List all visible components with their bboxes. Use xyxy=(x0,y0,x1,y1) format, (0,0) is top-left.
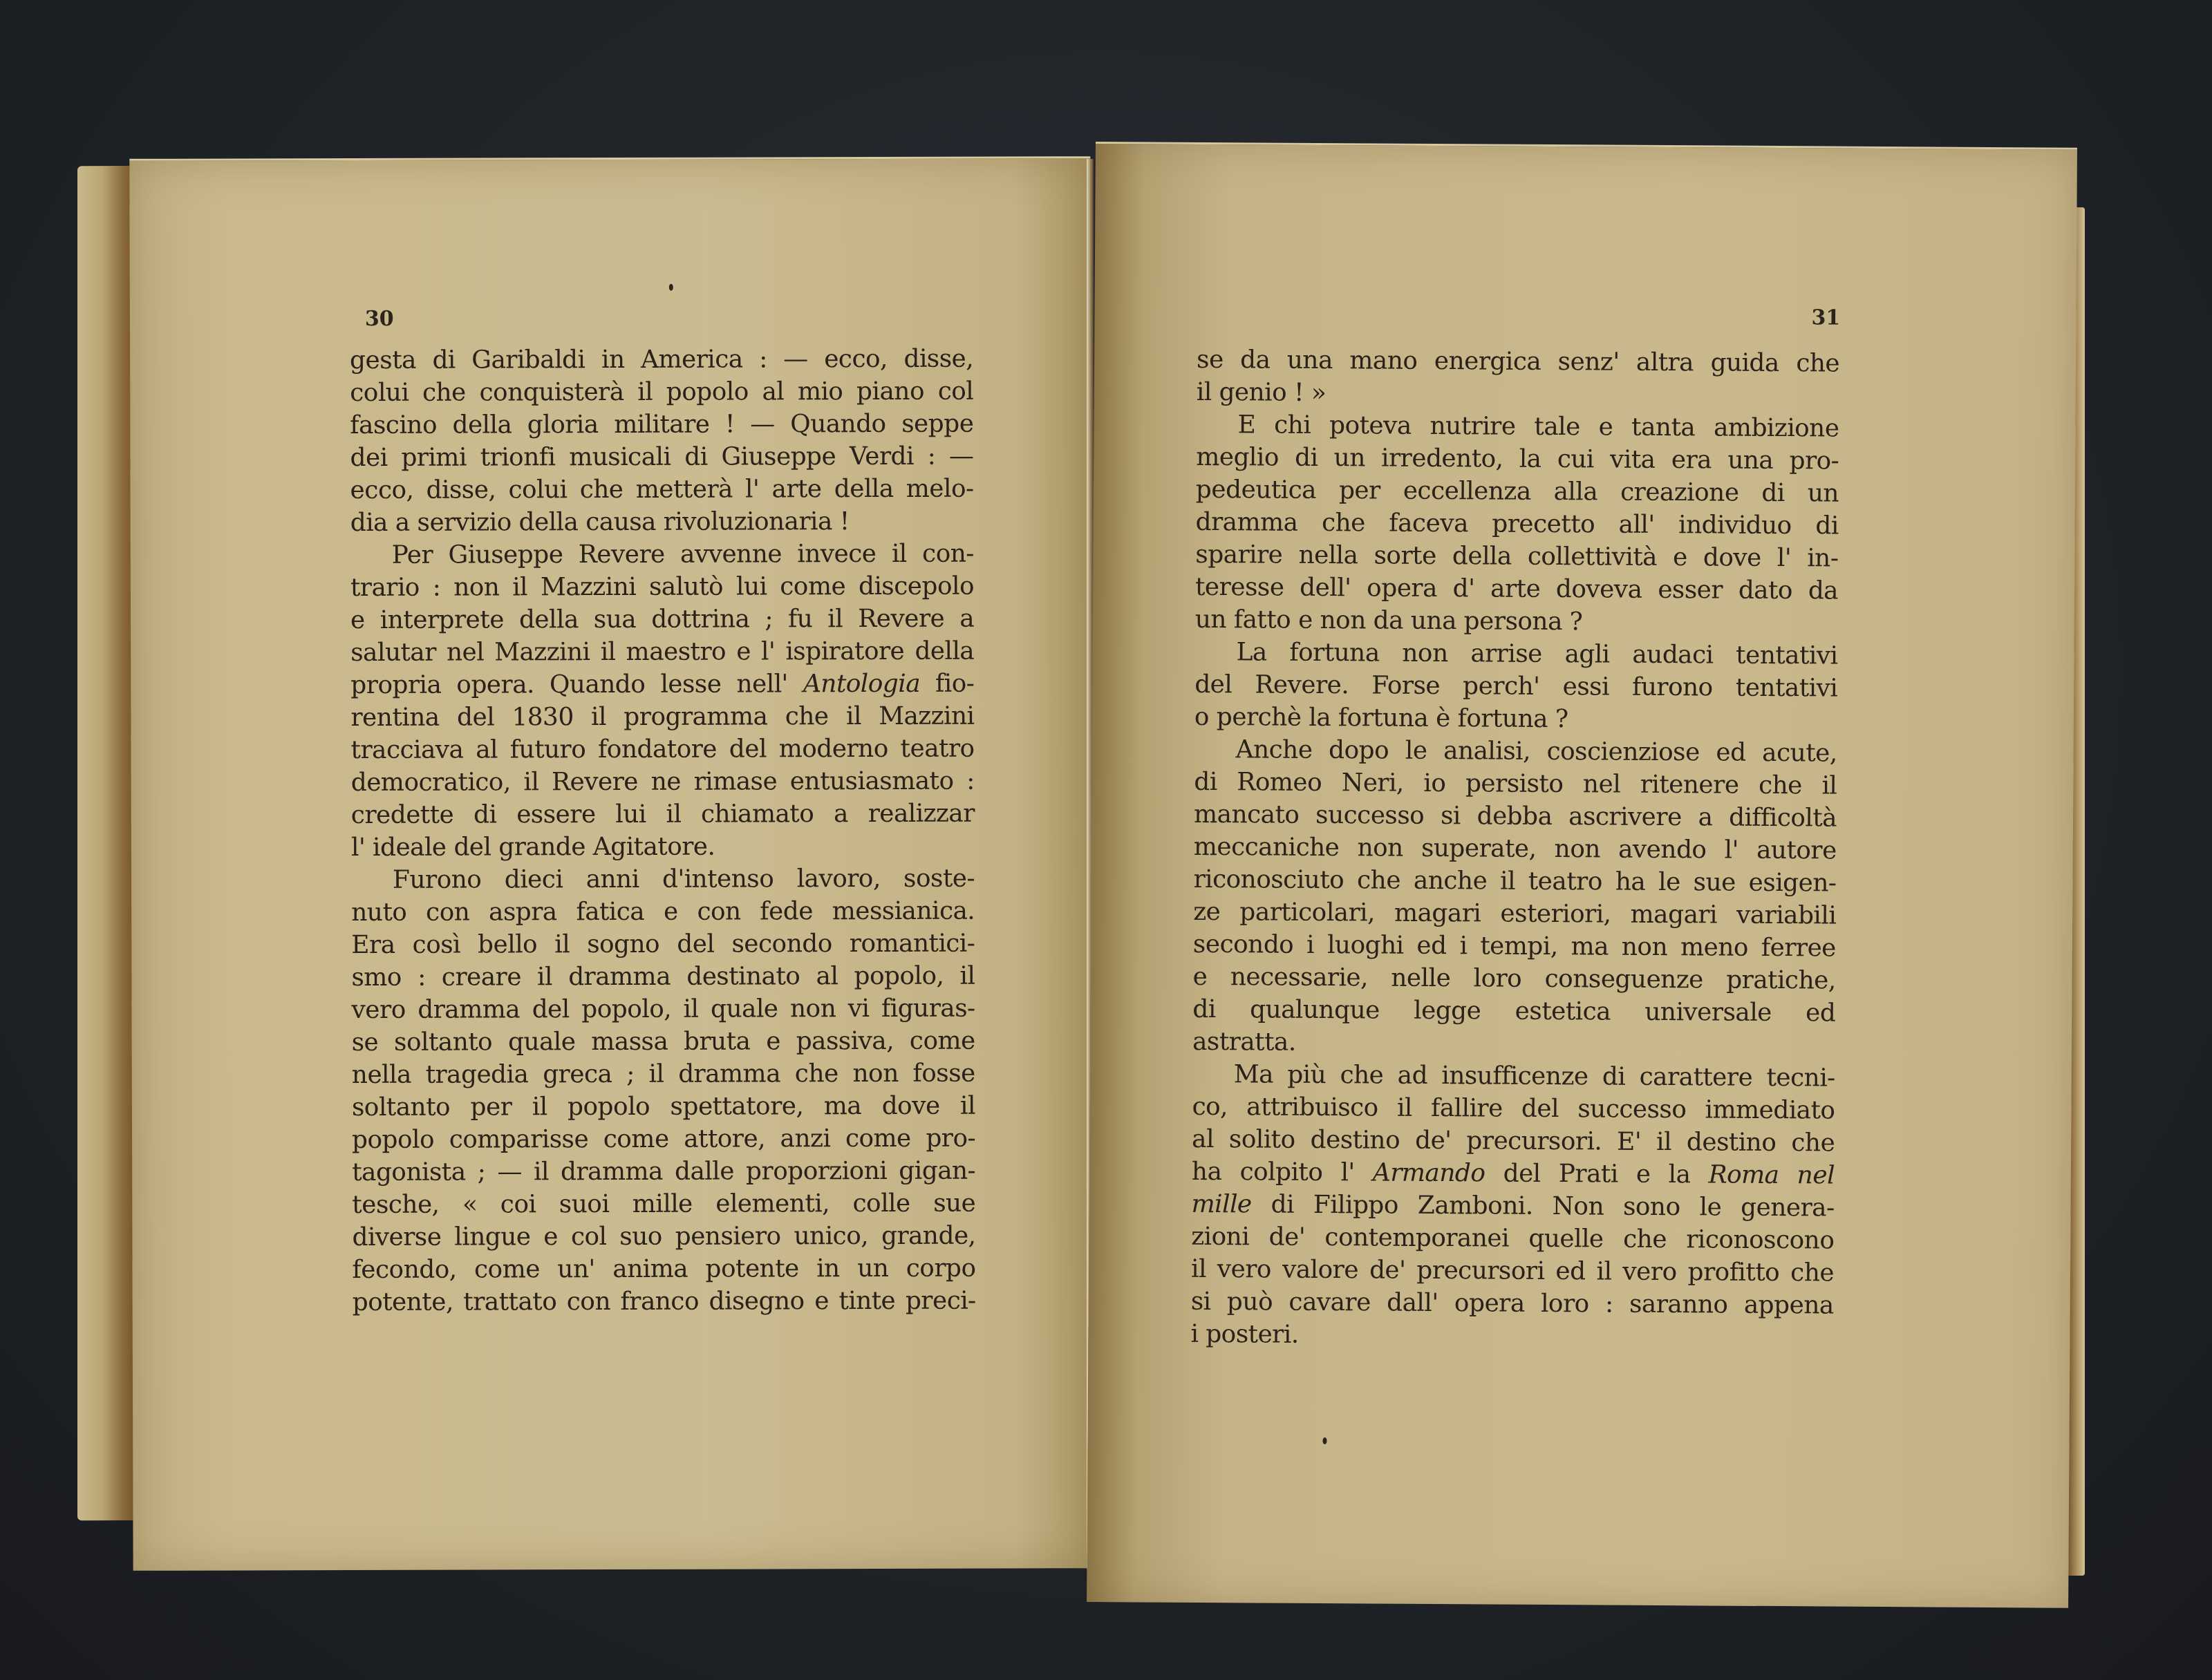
text-line: tagonista ; — il dramma dalle proporzion… xyxy=(352,1155,975,1189)
text-span: Per Giuseppe Revere avvenne invece il co… xyxy=(392,540,974,569)
text-line: E chi poteva nutrire tale e tanta ambizi… xyxy=(1196,408,1839,445)
page-number-left: 30 xyxy=(365,307,394,331)
text-span: un fatto e non da una persona ? xyxy=(1195,605,1583,636)
text-line: meglio di un irredento, la cui vita era … xyxy=(1196,441,1839,478)
text-line: l' ideale del grande Agitatore. xyxy=(351,830,975,864)
text-line: vero dramma del popolo, il quale non vi … xyxy=(351,992,975,1026)
text-line: e interprete della sua dottrina ; fu il … xyxy=(350,603,974,636)
text-span: La fortuna non arrise agli audaci tentat… xyxy=(1236,638,1837,670)
text-span: pedeutica per eccellenza alla creazione … xyxy=(1196,475,1839,508)
text-span: di qualunque legge estetica universale e… xyxy=(1192,995,1835,1028)
text-line: ha colpito l' Armando del Prati e la Rom… xyxy=(1192,1155,1835,1192)
text-span: secondo i luoghi ed i tempi, ma non meno… xyxy=(1193,930,1836,963)
text-line: di qualunque legge estetica universale e… xyxy=(1192,993,1835,1030)
text-span: si può cavare dall' opera loro : saranno… xyxy=(1191,1287,1834,1320)
text-span: meglio di un irredento, la cui vita era … xyxy=(1196,443,1839,475)
text-span: ecco, disse, colui che metterà l' arte d… xyxy=(350,475,974,504)
text-line: secondo i luoghi ed i tempi, ma non meno… xyxy=(1193,928,1836,965)
text-line: del Revere. Forse perch' essi furono ten… xyxy=(1194,668,1837,705)
text-span: Furono dieci anni d'intenso lavoro, sost… xyxy=(393,865,975,894)
text-span: propria opera. Quando lesse nell' xyxy=(350,670,803,699)
text-span: nuto con aspra fatica e con fede messian… xyxy=(351,897,975,927)
text-span: smo : creare il dramma destinato al popo… xyxy=(351,962,975,992)
text-line: Anche dopo le analisi, coscienziose ed a… xyxy=(1194,733,1837,770)
text-span: tracciava al futuro fondatore del modern… xyxy=(351,735,975,764)
text-span: del Revere. Forse perch' essi furono ten… xyxy=(1194,670,1837,703)
text-span: dia a servizio della causa rivoluzionari… xyxy=(350,507,850,537)
text-line: i posteri. xyxy=(1190,1318,1833,1355)
text-span: vero dramma del popolo, il quale non vi … xyxy=(352,994,975,1024)
italic-title: Antologia xyxy=(803,670,920,698)
text-line: tracciava al futuro fondatore del modern… xyxy=(351,733,975,766)
text-span: gesta di Garibaldi in America : — ecco, … xyxy=(350,345,973,375)
text-span: nella tragedia greca ; il dramma che non… xyxy=(352,1059,975,1089)
text-line: La fortuna non arrise agli audaci tentat… xyxy=(1194,636,1837,672)
text-span: ze particolari, magari esteriori, magari… xyxy=(1193,898,1836,930)
text-line: Per Giuseppe Revere avvenne invece il co… xyxy=(350,538,974,572)
text-line: si può cavare dall' opera loro : saranno… xyxy=(1191,1285,1834,1322)
text-span: rentina del 1830 il programma che il Maz… xyxy=(350,702,974,732)
text-line: zioni de' contemporanei quelle che ricon… xyxy=(1191,1220,1834,1257)
text-line: Era così bello il sogno del secondo roma… xyxy=(351,927,975,961)
text-span: co, attribuisco il fallire del successo … xyxy=(1192,1093,1835,1125)
text-line: ze particolari, magari esteriori, magari… xyxy=(1193,896,1836,932)
text-span: teresse dell' opera d' arte doveva esser… xyxy=(1195,573,1838,605)
text-line: al solito destino de' precursori. E' il … xyxy=(1192,1123,1835,1160)
text-span: fascino della gloria militare ! — Quando… xyxy=(350,410,973,440)
text-line: popolo comparisse come attore, anzi come… xyxy=(352,1122,975,1156)
text-span: l' ideale del grande Agitatore. xyxy=(351,833,715,862)
text-span: e interprete della sua dottrina ; fu il … xyxy=(350,605,974,634)
text-line: se da una mano energica senz' altra guid… xyxy=(1197,343,1839,380)
ink-speck xyxy=(669,284,673,291)
page-number-right: 31 xyxy=(1811,305,1840,330)
text-line: Furono dieci anni d'intenso lavoro, sost… xyxy=(351,862,975,896)
text-line: di Romeo Neri, io persisto nel ritenere … xyxy=(1194,766,1837,802)
text-span: Era così bello il sogno del secondo roma… xyxy=(351,929,975,959)
text-span: salutar nel Mazzini il maestro e l' ispi… xyxy=(350,637,974,667)
text-span: diverse lingue e col suo pensiero unico,… xyxy=(352,1222,975,1252)
text-line: sparire nella sorte della collettività e… xyxy=(1195,538,1838,575)
text-span: dei primi trionfi musicali di Giuseppe V… xyxy=(350,442,973,472)
text-line: fecondo, come un' anima potente in un co… xyxy=(352,1252,975,1286)
ink-speck xyxy=(1322,1437,1327,1444)
text-span: se da una mano energica senz' altra guid… xyxy=(1197,346,1839,378)
text-line: mille di Filippo Zamboni. Non sono le ge… xyxy=(1191,1188,1834,1225)
text-line: teresse dell' opera d' arte doveva esser… xyxy=(1195,571,1838,607)
text-span: sparire nella sorte della collettività e… xyxy=(1195,540,1838,573)
text-line: potente, trattato con franco disegno e t… xyxy=(353,1285,976,1319)
right-page-text-column: se da una mano energica senz' altra guid… xyxy=(1190,343,1839,1355)
text-line: colui che conquisterà il popolo al mio p… xyxy=(350,375,973,409)
italic-title: Roma nel xyxy=(1708,1160,1835,1189)
text-line: dramma che faceva precetto all' individu… xyxy=(1195,506,1838,542)
text-span: zioni de' contemporanei quelle che ricon… xyxy=(1191,1223,1834,1255)
text-line: dia a servizio della causa rivoluzionari… xyxy=(350,505,974,539)
text-line: il genio ! » xyxy=(1197,376,1839,413)
text-span: astratta. xyxy=(1192,1028,1296,1057)
text-span: trario : non il Mazzini salutò lui come … xyxy=(350,572,974,602)
text-line: nuto con aspra fatica e con fede messian… xyxy=(351,895,975,929)
text-line: soltanto per il popolo spettatore, ma do… xyxy=(352,1090,975,1124)
text-span: tagonista ; — il dramma dalle proporzion… xyxy=(352,1157,975,1187)
text-span: se soltanto quale massa bruta e passiva,… xyxy=(352,1027,975,1057)
text-span: riconosciuto che anche il teatro ha le s… xyxy=(1193,865,1836,898)
text-span: credette di essere lui il chiamato a rea… xyxy=(351,800,975,829)
text-line: o perchè la fortuna è fortuna ? xyxy=(1194,701,1837,737)
text-line: mancato successo si debba ascrivere a di… xyxy=(1194,798,1837,835)
text-line: democratico, il Revere ne rimase entusia… xyxy=(351,765,975,799)
text-line: dei primi trionfi musicali di Giuseppe V… xyxy=(350,440,973,474)
text-span: mancato successo si debba ascrivere a di… xyxy=(1194,800,1837,833)
text-line: pedeutica per eccellenza alla creazione … xyxy=(1196,473,1839,510)
text-line: salutar nel Mazzini il maestro e l' ispi… xyxy=(350,635,974,669)
text-line: fascino della gloria militare ! — Quando… xyxy=(350,408,973,442)
italic-title: mille xyxy=(1191,1190,1251,1219)
text-span: del Prati e la xyxy=(1485,1159,1708,1189)
text-span: di Romeo Neri, io persisto nel ritenere … xyxy=(1194,768,1837,800)
text-line: trario : non il Mazzini salutò lui come … xyxy=(350,570,974,604)
text-span: fio- xyxy=(920,670,974,698)
text-span: i posteri. xyxy=(1190,1320,1298,1349)
text-line: un fatto e non da una persona ? xyxy=(1195,603,1838,640)
text-span: di Filippo Zamboni. Non sono le genera- xyxy=(1251,1190,1834,1222)
text-line: ecco, disse, colui che metterà l' arte d… xyxy=(350,473,974,507)
text-line: co, attribuisco il fallire del successo … xyxy=(1192,1091,1835,1127)
text-span: il genio ! » xyxy=(1197,378,1327,407)
text-span: tesche, « coi suoi mille elementi, colle… xyxy=(352,1189,975,1219)
text-line: diverse lingue e col suo pensiero unico,… xyxy=(352,1220,975,1254)
text-span: potente, trattato con franco disegno e t… xyxy=(353,1287,976,1316)
text-line: riconosciuto che anche il teatro ha le s… xyxy=(1193,863,1836,900)
text-span: Anche dopo le analisi, coscienziose ed a… xyxy=(1236,735,1837,767)
italic-title: Armando xyxy=(1373,1158,1485,1187)
left-page: 30 gesta di Garibaldi in America : — ecc… xyxy=(129,156,1094,1571)
text-span: soltanto per il popolo spettatore, ma do… xyxy=(352,1092,975,1122)
text-span: dramma che faceva precetto all' individu… xyxy=(1196,508,1839,540)
text-line: tesche, « coi suoi mille elementi, colle… xyxy=(352,1187,975,1221)
text-span: democratico, il Revere ne rimase entusia… xyxy=(351,767,975,797)
text-span: meccaniche non superate, non avendo l' a… xyxy=(1194,833,1837,865)
text-span: e necessarie, nelle loro conseguenze pra… xyxy=(1192,963,1835,995)
text-line: Ma più che ad insufficenze di carattere … xyxy=(1192,1058,1835,1095)
text-span: al solito destino de' precursori. E' il … xyxy=(1192,1125,1835,1158)
text-line: gesta di Garibaldi in America : — ecco, … xyxy=(350,343,973,377)
right-page: 31 se da una mano energica senz' altra g… xyxy=(1087,142,2077,1608)
text-line: smo : creare il dramma destinato al popo… xyxy=(351,960,975,994)
text-span: E chi poteva nutrire tale e tanta ambizi… xyxy=(1237,410,1839,442)
text-line: nella tragedia greca ; il dramma che non… xyxy=(352,1057,975,1091)
text-line: se soltanto quale massa bruta e passiva,… xyxy=(352,1025,975,1059)
text-line: meccaniche non superate, non avendo l' a… xyxy=(1194,831,1837,867)
text-span: popolo comparisse come attore, anzi come… xyxy=(352,1124,975,1154)
text-line: astratta. xyxy=(1192,1026,1835,1062)
text-span: colui che conquisterà il popolo al mio p… xyxy=(350,377,973,407)
text-span: il vero valore de' precursori ed il vero… xyxy=(1191,1255,1834,1287)
text-line: rentina del 1830 il programma che il Maz… xyxy=(350,700,974,734)
text-span: o perchè la fortuna è fortuna ? xyxy=(1194,703,1568,733)
text-line: e necessarie, nelle loro conseguenze pra… xyxy=(1192,961,1835,997)
text-span: Ma più che ad insufficenze di carattere … xyxy=(1234,1060,1835,1092)
text-line: il vero valore de' precursori ed il vero… xyxy=(1191,1253,1834,1290)
left-page-text-column: gesta di Garibaldi in America : — ecco, … xyxy=(350,343,976,1319)
text-span: ha colpito l' xyxy=(1192,1158,1373,1187)
text-span: fecondo, come un' anima potente in un co… xyxy=(352,1254,975,1284)
text-line: credette di essere lui il chiamato a rea… xyxy=(351,797,975,831)
text-line: propria opera. Quando lesse nell' Antolo… xyxy=(350,668,974,701)
